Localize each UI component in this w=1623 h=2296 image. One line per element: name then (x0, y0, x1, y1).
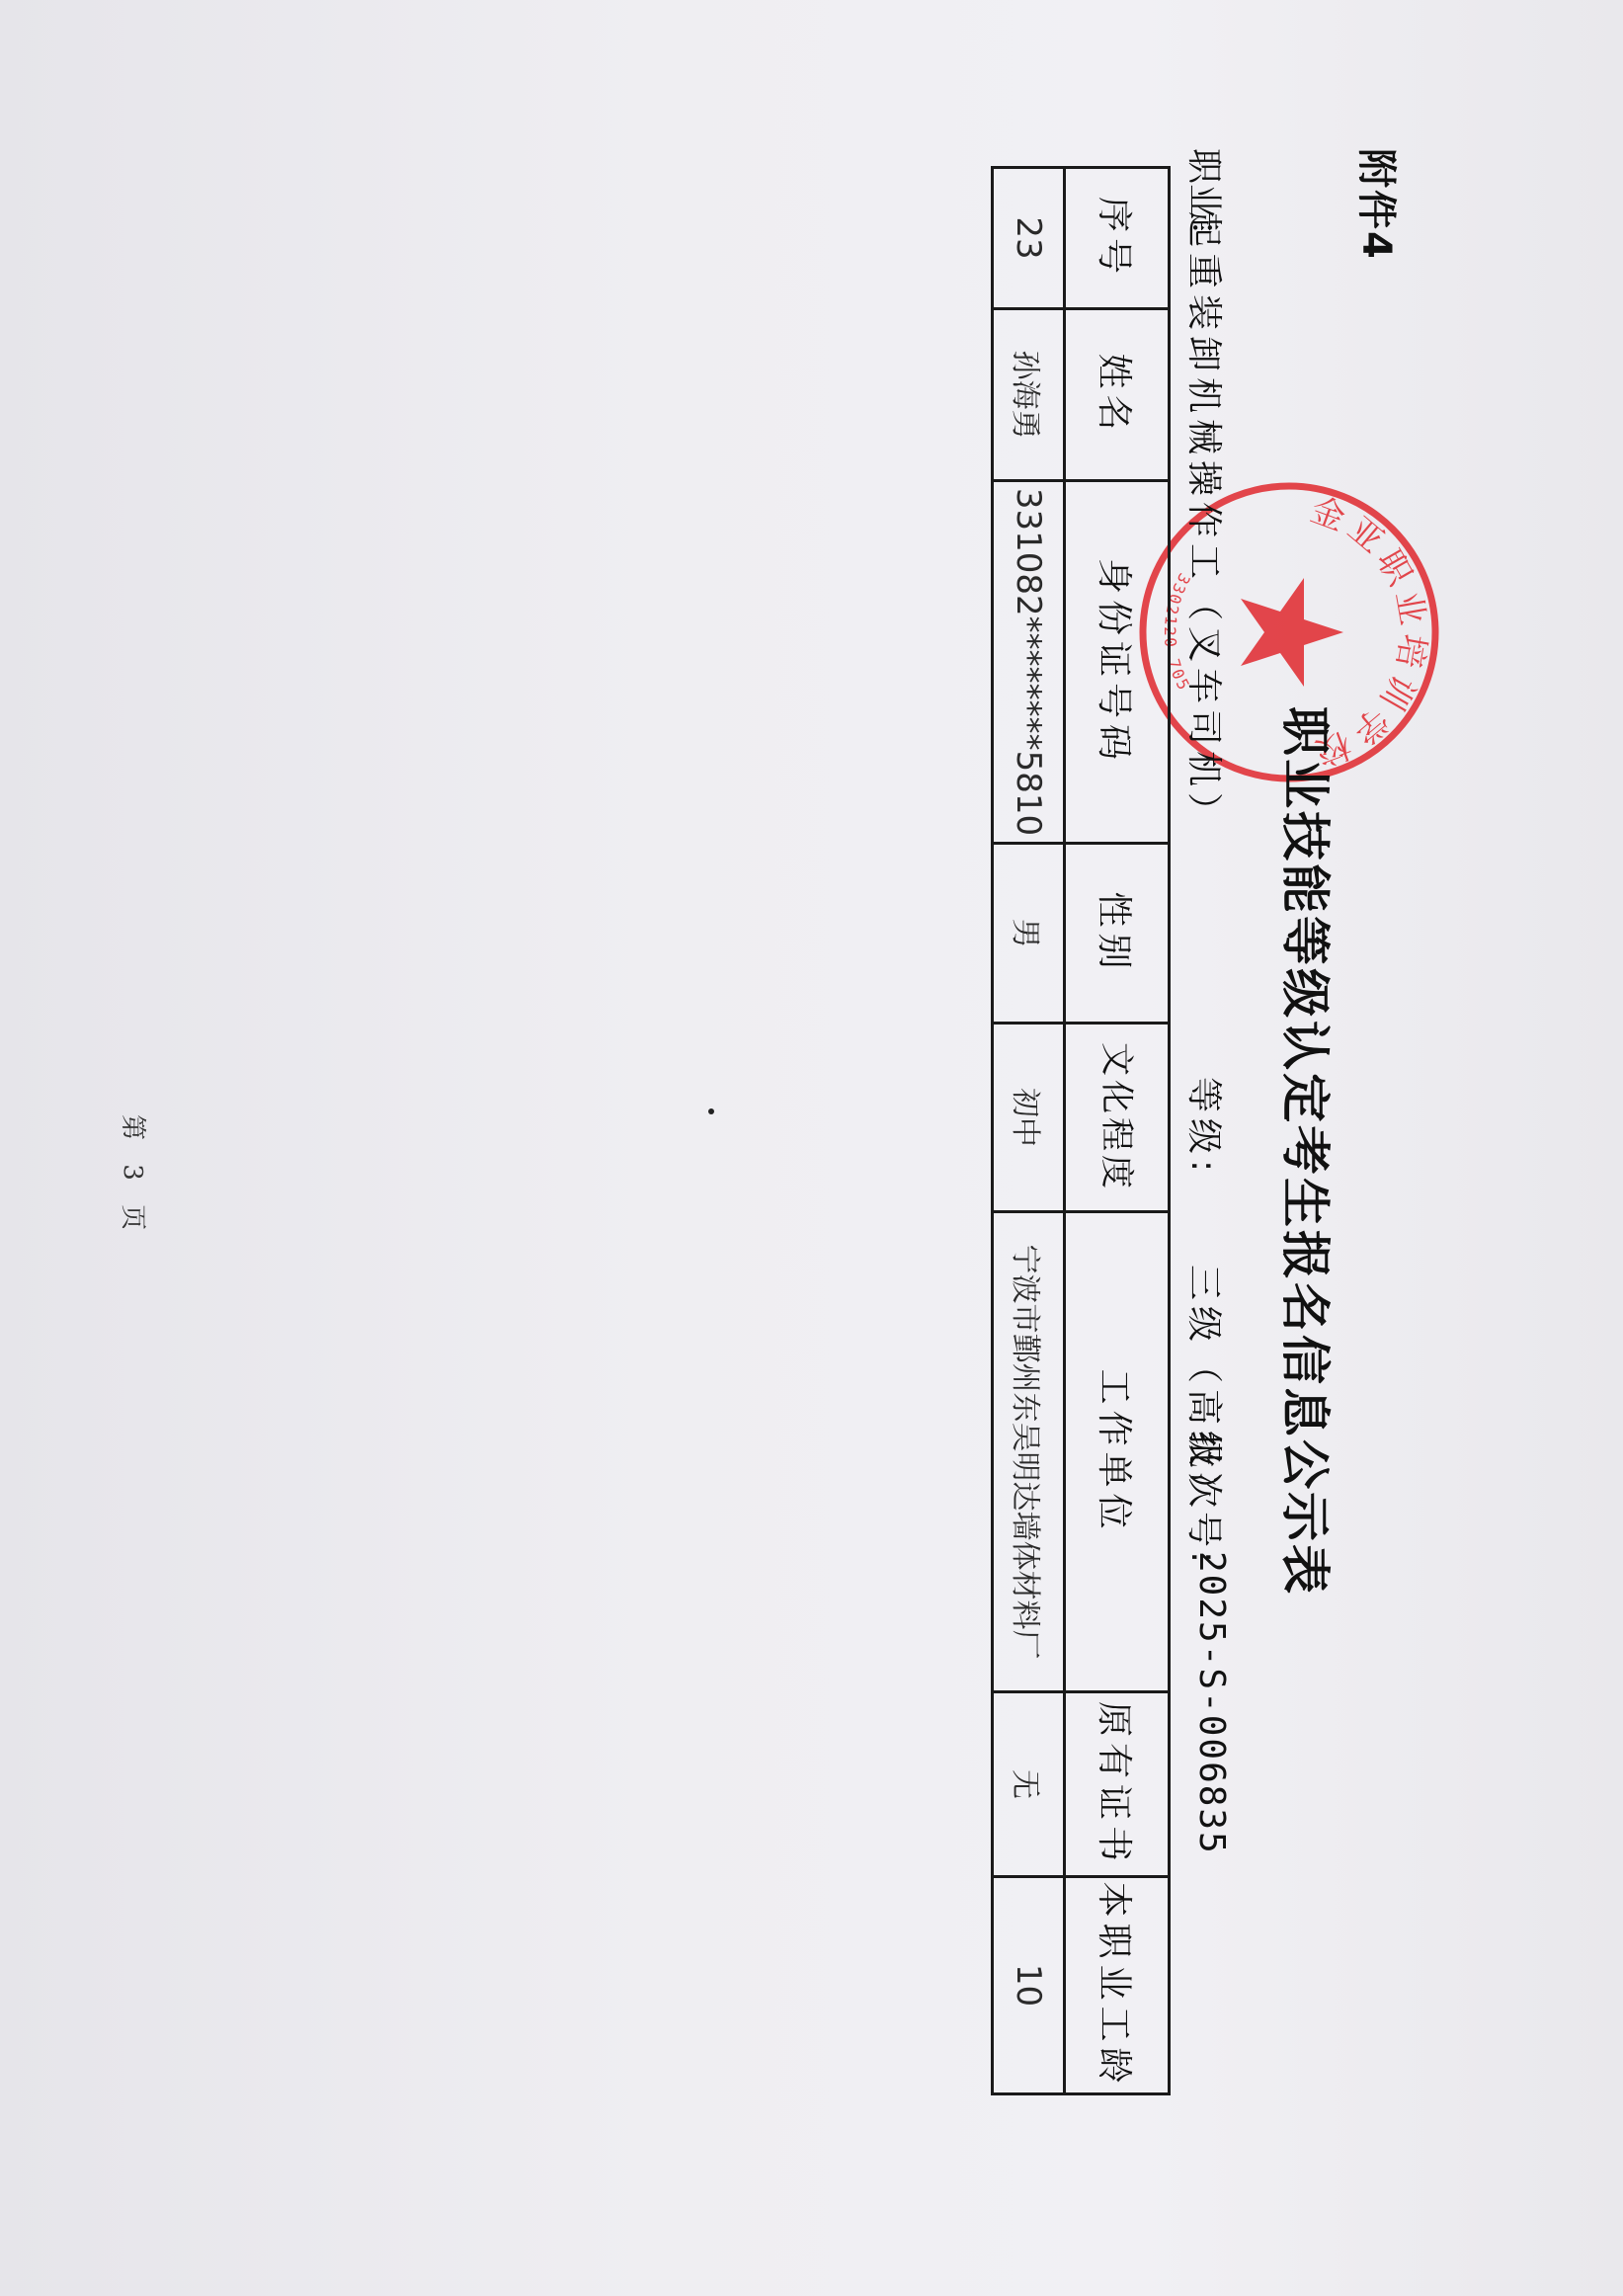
cell-seq: 23 (993, 168, 1065, 309)
cell-education: 初中 (993, 1024, 1065, 1212)
cell-employer: 宁波市鄞州东吴明达墙体材料厂 (993, 1212, 1065, 1692)
header-education: 文化程度 (1065, 1024, 1170, 1212)
batch-number: 2025-S-006835 (1191, 1551, 1232, 1855)
header-id-number: 身份证号码 (1065, 481, 1170, 844)
cell-name: 孙海勇 (993, 309, 1065, 481)
attachment-label: 附件4 (1351, 148, 1408, 261)
level-label: 等级: (1181, 1077, 1232, 1178)
scan-speck (708, 1108, 714, 1114)
seal-star-icon (1241, 578, 1343, 687)
page-number: 第 3 页 (117, 1114, 153, 1238)
header-name: 姓名 (1065, 309, 1170, 481)
cell-existing-certificate: 无 (993, 1692, 1065, 1877)
page-title: 职业技能等级认定考生报名信息公示表 (1273, 706, 1344, 1597)
candidate-table: 序号 姓名 身份证号码 性别 文化程度 工作单位 原有证书 本职业工龄 23 孙… (991, 166, 1171, 2095)
cell-years-experience: 10 (993, 1877, 1065, 2094)
header-employer: 工作单位 (1065, 1212, 1170, 1692)
cell-id-number: 331082********5810 (993, 481, 1065, 844)
table-row: 23 孙海勇 331082********5810 男 初中 宁波市鄞州东吴明达… (993, 168, 1065, 2094)
cell-gender: 男 (993, 844, 1065, 1024)
table-header-row: 序号 姓名 身份证号码 性别 文化程度 工作单位 原有证书 本职业工龄 (1065, 168, 1170, 2094)
document-sheet: 附件4 金亚职业培训学校 3302120 705 职业技能等级认定考生报名信息公… (0, 0, 1623, 2296)
occupation-value: 起重装卸机械操作工（叉车司机） (1181, 211, 1232, 834)
header-gender: 性别 (1065, 844, 1170, 1024)
header-existing-certificate: 原有证书 (1065, 1692, 1170, 1877)
header-years-experience: 本职业工龄 (1065, 1877, 1170, 2094)
header-seq: 序号 (1065, 168, 1170, 309)
batch-label: 批次号: (1181, 1433, 1232, 1567)
